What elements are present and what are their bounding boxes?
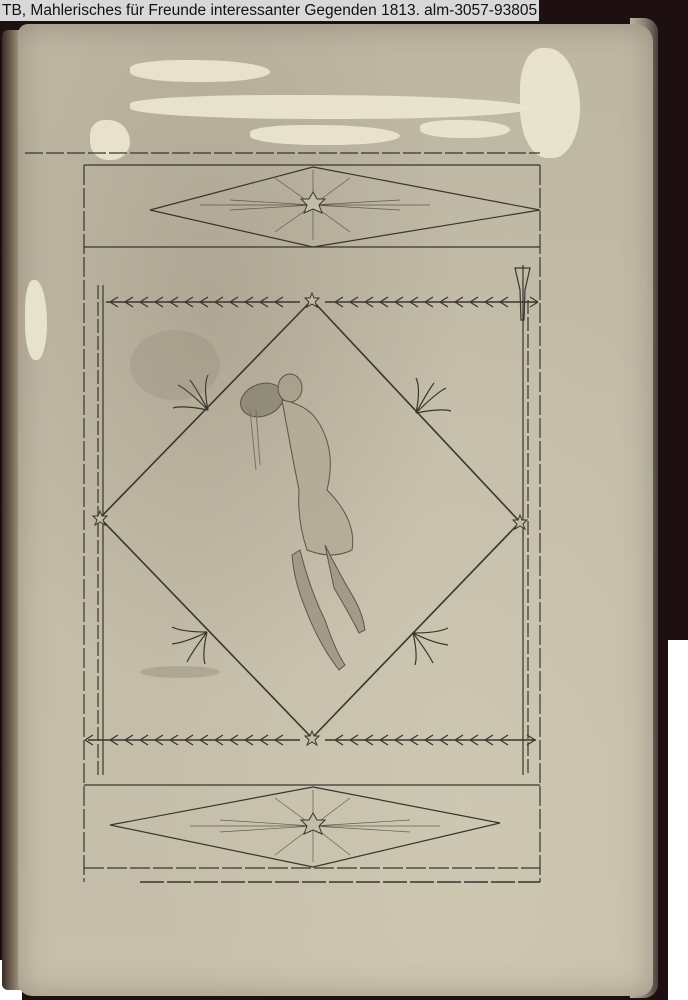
classical-figure [236,374,365,670]
image-caption: TB, Mahlerisches für Freunde interessant… [0,0,539,21]
engraved-ornament [0,0,688,1000]
